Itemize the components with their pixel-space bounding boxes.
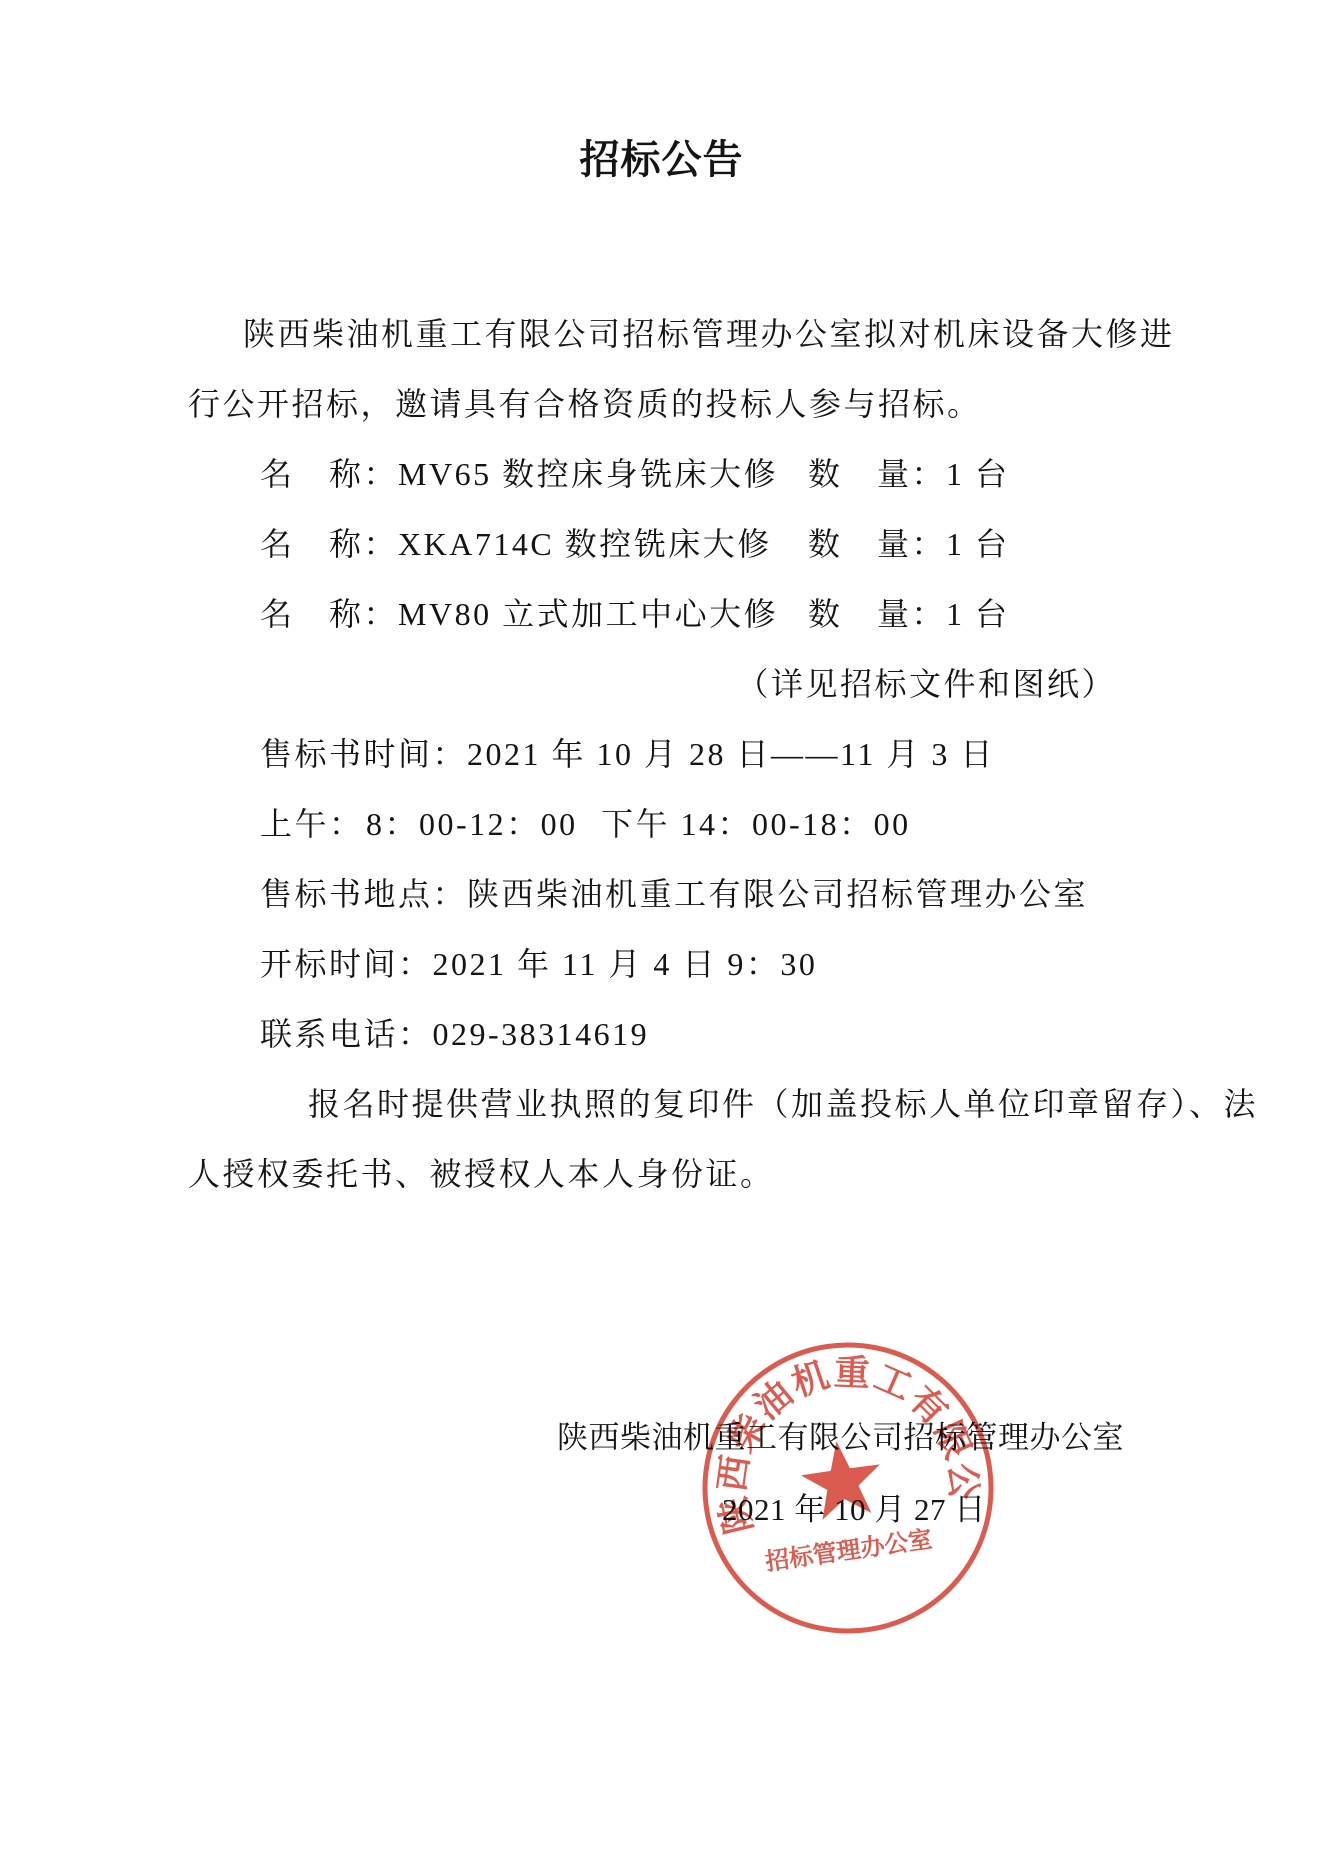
- document-page: 招标公告 陕西柴油机重工有限公司招标管理办公室拟对机床设备大修进 行公开招标，邀…: [0, 0, 1323, 1871]
- intro-line-1: 陕西柴油机重工有限公司招标管理办公室拟对机床设备大修进: [188, 299, 1173, 369]
- sale-place-line: 售标书地点：陕西柴油机重工有限公司招标管理办公室: [188, 859, 1173, 929]
- sale-time-label: 售标书时间：: [260, 736, 467, 772]
- item-row: 名 称：MV80 立式加工中心大修 数 量：1 台: [188, 579, 1173, 649]
- item-name-label: 名 称：: [260, 526, 398, 562]
- sale-time-value: 2021 年 10 月 28 日——11 月 3 日: [467, 736, 995, 772]
- registration-line-2: 人授权委托书、被授权人本人身份证。: [188, 1139, 1173, 1209]
- item-qty-label: 数 量：: [808, 526, 946, 562]
- seal-bottom-text: 招标管理办公室: [764, 1525, 934, 1576]
- item-name-label: 名 称：: [260, 596, 398, 632]
- open-time-line: 开标时间：2021 年 11 月 4 日 9：30: [188, 929, 1173, 999]
- item-name: XKA714C 数控铣床大修: [398, 526, 772, 562]
- item-qty-label: 数 量：: [808, 456, 946, 492]
- item-qty-group: 数 量：1 台: [808, 579, 1010, 649]
- open-time-label: 开标时间：: [260, 946, 433, 982]
- open-time-value: 2021 年 11 月 4 日 9：30: [433, 946, 818, 982]
- item-row: 名 称：XKA714C 数控铣床大修 数 量：1 台: [188, 509, 1173, 579]
- intro-line-2: 行公开招标，邀请具有合格资质的投标人参与招标。: [188, 369, 1173, 439]
- phone-line: 联系电话：029-38314619: [188, 999, 1173, 1069]
- seal-circle: [686, 1326, 1009, 1649]
- item-name: MV80 立式加工中心大修: [398, 596, 778, 632]
- item-name-label: 名 称：: [260, 456, 398, 492]
- item-qty-group: 数 量：1 台: [808, 439, 1010, 509]
- item-row: 名 称：MV65 数控床身铣床大修 数 量：1 台: [188, 439, 1173, 509]
- page-title: 招标公告: [0, 135, 1323, 185]
- detail-note: （详见招标文件和图纸）: [188, 649, 1173, 719]
- sale-place-label: 售标书地点：: [260, 876, 467, 912]
- item-qty: 1 台: [946, 456, 1010, 492]
- item-qty: 1 台: [946, 596, 1010, 632]
- phone-value: 029-38314619: [433, 1016, 650, 1052]
- item-qty-group: 数 量：1 台: [808, 509, 1010, 579]
- signature-org: 陕西柴油机重工有限公司招标管理办公室: [557, 1418, 1124, 1458]
- document-body: 陕西柴油机重工有限公司招标管理办公室拟对机床设备大修进 行公开招标，邀请具有合格…: [0, 299, 1323, 1209]
- sale-place-value: 陕西柴油机重工有限公司招标管理办公室: [467, 876, 1088, 912]
- hours-morning-value: 8：00-12：00: [366, 789, 578, 859]
- phone-label: 联系电话：: [260, 1016, 433, 1052]
- hours-morning-label: 上午：: [188, 806, 364, 842]
- signature-date: 2021 年 10 月 27 日: [722, 1490, 986, 1530]
- seal-group: 陕西柴油机重工有限公司 招标管理办公室: [686, 1326, 1009, 1649]
- official-seal-stamp: 陕西柴油机重工有限公司 招标管理办公室: [668, 1308, 1028, 1668]
- hours-line: 上午： 8：00-12：00 下午 14：00-18：00: [188, 789, 1173, 859]
- item-qty-label: 数 量：: [808, 596, 946, 632]
- seal-bottom-tspan: 招标管理办公室: [764, 1525, 934, 1576]
- hours-afternoon-value: 下午 14：00-18：00: [601, 789, 911, 859]
- registration-line-1: 报名时提供营业执照的复印件（加盖投标人单位印章留存）、法: [188, 1069, 1173, 1139]
- item-qty: 1 台: [946, 526, 1010, 562]
- sale-time-line: 售标书时间：2021 年 10 月 28 日——11 月 3 日: [188, 719, 1173, 789]
- item-name: MV65 数控床身铣床大修: [398, 456, 778, 492]
